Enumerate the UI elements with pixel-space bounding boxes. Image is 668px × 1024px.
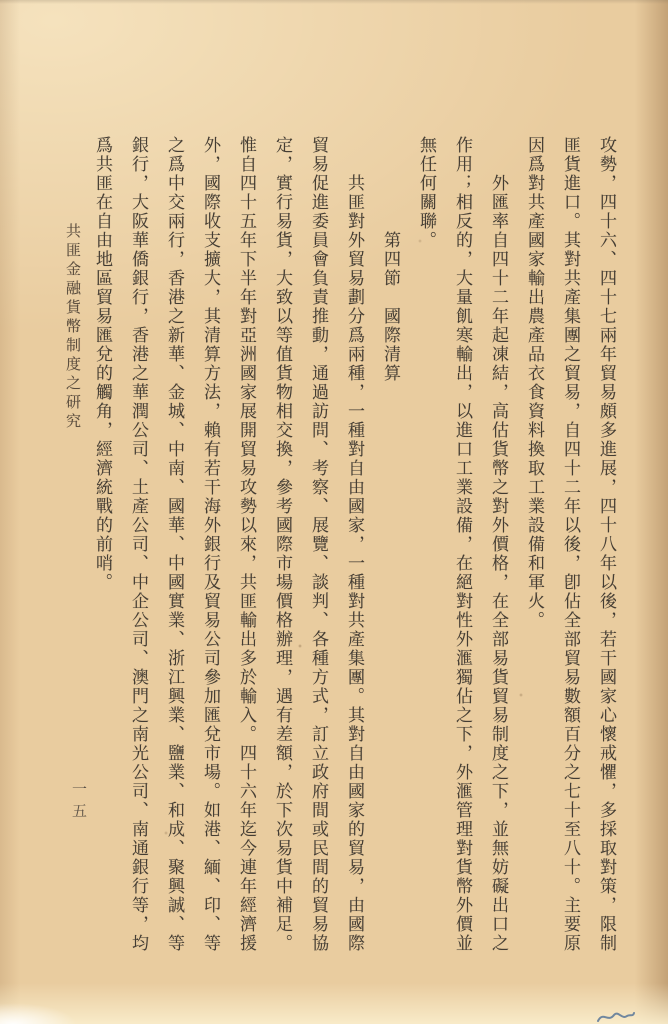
scanned-book-page: 攻勢，四十六、四十七兩年貿易頗多進展，四十八年以後，若干國家心懷戒懼，多採取對策…: [0, 0, 668, 1024]
text-column: 外匯率自四十二年起凍結，高估貨幣之對外價格，在全部易貨貿易制度之下，並無妨礙出口…: [487, 136, 508, 960]
text-column: 共匪對外貿易劃分爲兩種，一種對自由國家，一種對共產集團。其對自由國家的貿易，由國…: [343, 136, 364, 960]
section-heading: 第四節 國際清算: [379, 136, 400, 960]
text-column: 銀行，大阪華僑銀行，香港之華潤公司、土產公司、中企公司、澳門之南光公司、南通銀行…: [127, 136, 148, 960]
text-column: 無任何關聯。: [415, 136, 436, 960]
text-column: 因爲對共產國家輸出農產品衣食資料換取工業設備和軍火。: [523, 136, 544, 960]
ink-mark: [596, 1008, 636, 1024]
running-margin-title: 共匪金融貨幣制度之研究: [63, 223, 84, 432]
text-column: 外，國際收支擴大，其清算方法，賴有若干海外銀行及貿易公司參加匯兌市場。如港、緬、…: [199, 136, 220, 960]
body-text-block: 攻勢，四十六、四十七兩年貿易頗多進展，四十八年以後，若干國家心懷戒懼，多採取對策…: [91, 136, 616, 960]
text-column: 惟自四十五年下半年對亞洲國家展開貿易攻勢以來，共匪輸出多於輸入。四十六年迄今連年…: [235, 136, 256, 960]
text-column: 作用；相反的，大量飢寒輸出，以進口工業設備，在絕對性外滙獨佔之下，外滙管理對貨幣…: [451, 136, 472, 960]
text-column: 爲共匪在自由地區貿易匯兌的觸角，經濟統戰的前哨。: [91, 136, 112, 960]
text-column: 定，實行易貨，大致以等值貨物相交換，參考國際市場價格辦理，遇有差額，於下次易貨中…: [271, 136, 292, 960]
text-column: 匪貨進口。其對共產集團之貿易，自四十二年以後，卽佔全部貿易數額百分之七十至八十。…: [559, 136, 580, 960]
text-column: 貿易促進委員會負責推動，通過訪問、考察、展覽、談判、各種方式，訂立政府間或民間的…: [307, 136, 328, 960]
text-column: 之爲中交兩行，香港之新華、金城、中南、國華、中國實業、浙江興業、鹽業、和成、聚興…: [163, 136, 184, 960]
page-number: 一五: [69, 781, 90, 825]
text-column: 攻勢，四十六、四十七兩年貿易頗多進展，四十八年以後，若干國家心懷戒懼，多採取對策…: [595, 136, 616, 960]
